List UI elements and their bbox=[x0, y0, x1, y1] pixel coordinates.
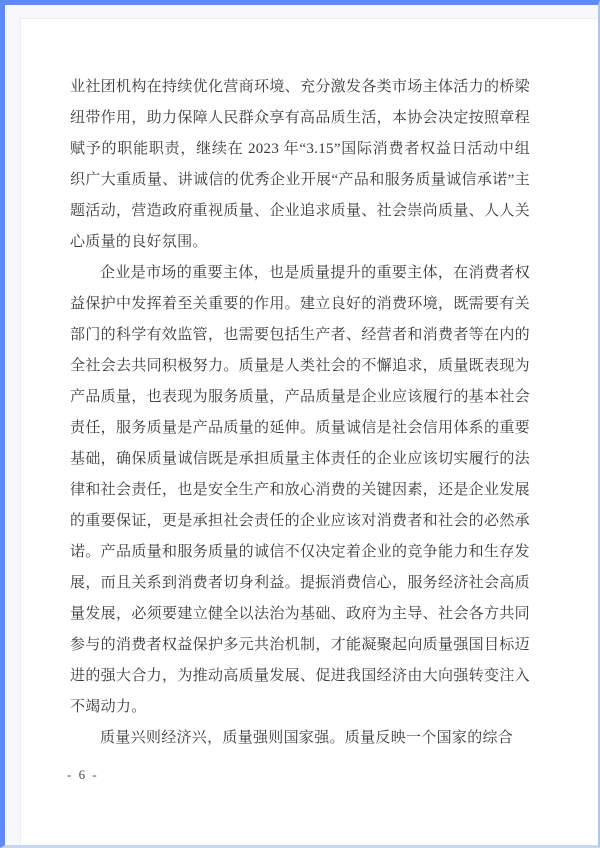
document-page: 业社团机构在持续优化营商环境、充分激发各类市场主体活力的桥梁纽带作用，助力保障人… bbox=[20, 18, 598, 845]
paragraph: 质量兴则经济兴，质量强则国家强。质量反映一个国家的综合 bbox=[70, 723, 530, 754]
document-viewer-frame: 业社团机构在持续优化营商环境、充分激发各类市场主体活力的桥梁纽带作用，助力保障人… bbox=[0, 0, 600, 848]
paragraph: 企业是市场的重要主体，也是质量提升的重要主体，在消费者权益保护中发挥着至关重要的… bbox=[70, 258, 530, 723]
paragraph-continuation: 业社团机构在持续优化营商环境、充分激发各类市场主体活力的桥梁纽带作用，助力保障人… bbox=[70, 72, 530, 258]
page-number: - 6 - bbox=[67, 767, 99, 783]
document-body: 业社团机构在持续优化营商环境、充分激发各类市场主体活力的桥梁纽带作用，助力保障人… bbox=[70, 72, 530, 754]
